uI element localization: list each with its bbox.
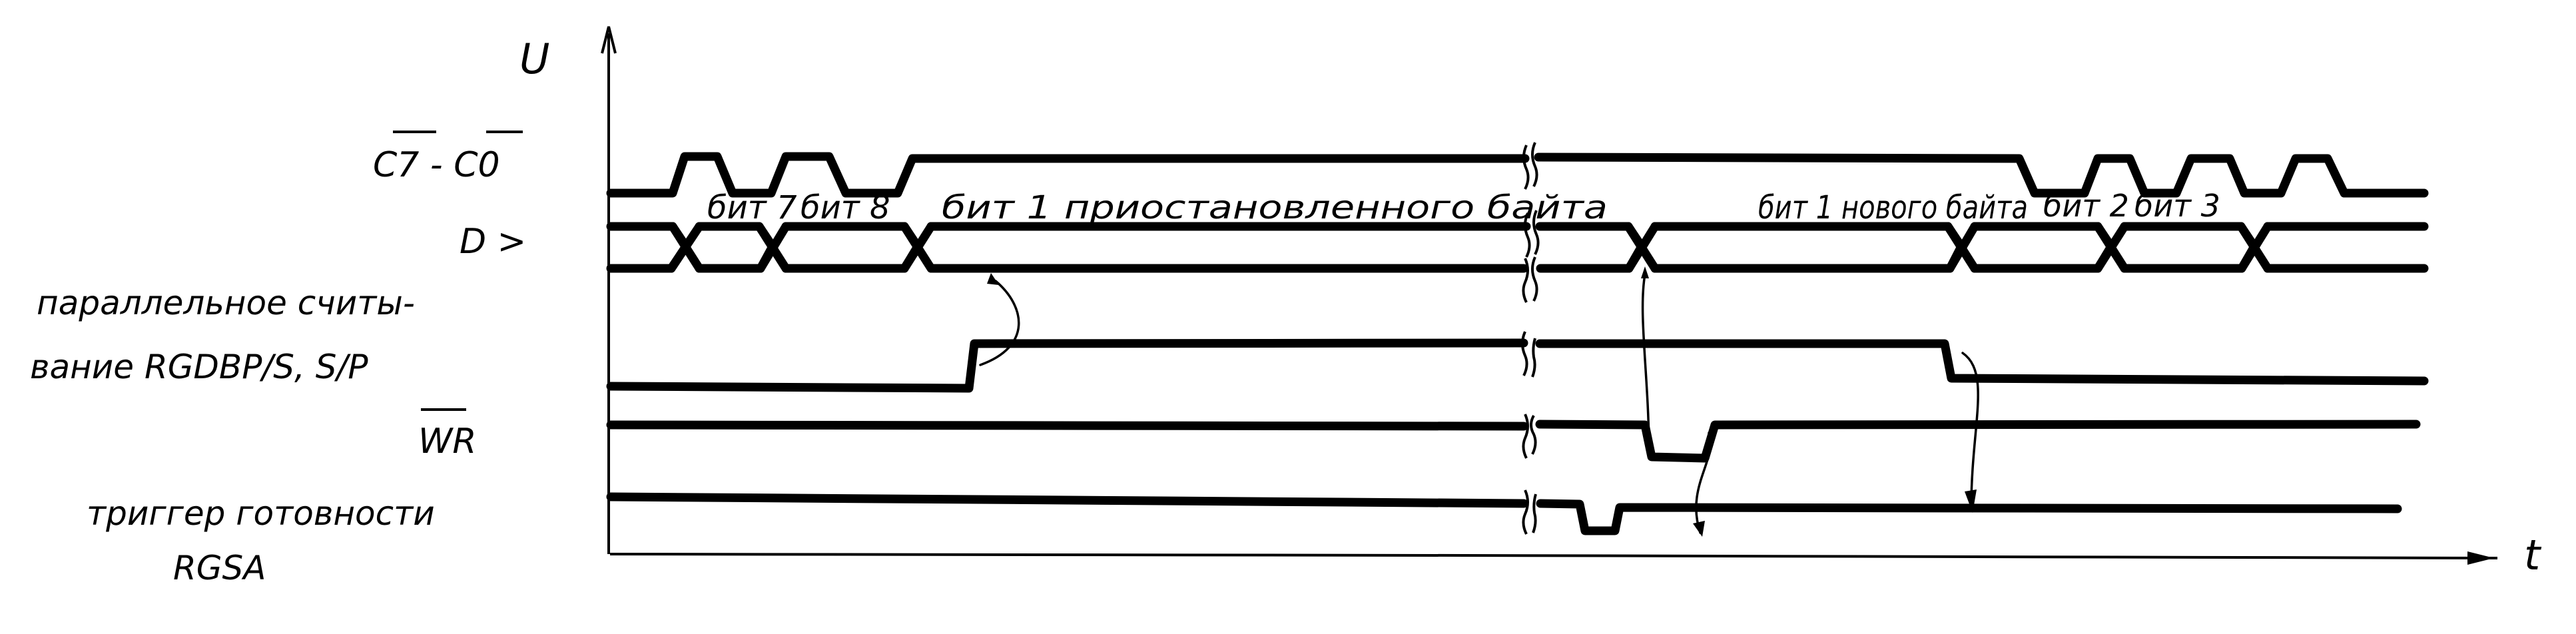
bit-label-1-suspended: бит 1 приостановленного байта [942,189,1608,226]
label-data: D > [460,222,526,262]
arrowhead-bit8 [987,273,999,285]
label-wr: WR [418,422,477,462]
break-mark-parallel-read [1522,332,1535,377]
y-axis-label: U [519,35,549,83]
break-mark-wr [1523,414,1535,458]
label-parallel-read-line1: параллельное считы- [37,284,415,322]
bit-label-8: бит 8 [801,189,890,226]
break-mark-ready [1523,490,1536,534]
causal-arrows [980,266,1978,537]
bit-label-3: бит 3 [2134,188,2220,224]
timing-diagram: U t C7 - C0 D > параллельное считы- вани… [0,0,2576,634]
arrowhead-newbyte [1641,266,1649,278]
x-axis-arrowhead [2467,551,2494,565]
x-axis-label: t [2524,531,2542,579]
bit-label-1-new: бит 1 нового байта [1758,189,2028,226]
waveform-ready-trigger [611,497,2398,531]
arrow-bit8-to-parallel-read [980,281,1019,365]
label-parallel-read-line2: вание RGDBP/S, S/P [30,348,368,386]
bit-label-7: бит 7 [707,189,797,226]
bit-labels: бит 7 бит 8 бит 1 приостановленного байт… [707,188,2220,226]
label-ready-trigger-line1: триггер готовности [87,494,435,533]
label-clock: C7 - C0 [373,145,500,185]
arrowhead-wr-ready [1693,521,1705,537]
x-axis [610,554,2497,558]
bit-label-2: бит 2 [2043,188,2129,224]
signal-labels: C7 - C0 D > параллельное считы- вание RG… [30,132,526,587]
waveform-wr [611,424,2416,458]
break-mark-clock [1524,143,1537,189]
label-ready-trigger-line2: RGSA [173,549,266,587]
waveform-data-top [611,226,2424,246]
break-mark-data-bottom [1523,257,1536,302]
waveform-parallel-read [611,343,2424,388]
arrow-newbyte-to-wr [1643,274,1649,446]
waveform-data-bottom [611,246,2424,268]
